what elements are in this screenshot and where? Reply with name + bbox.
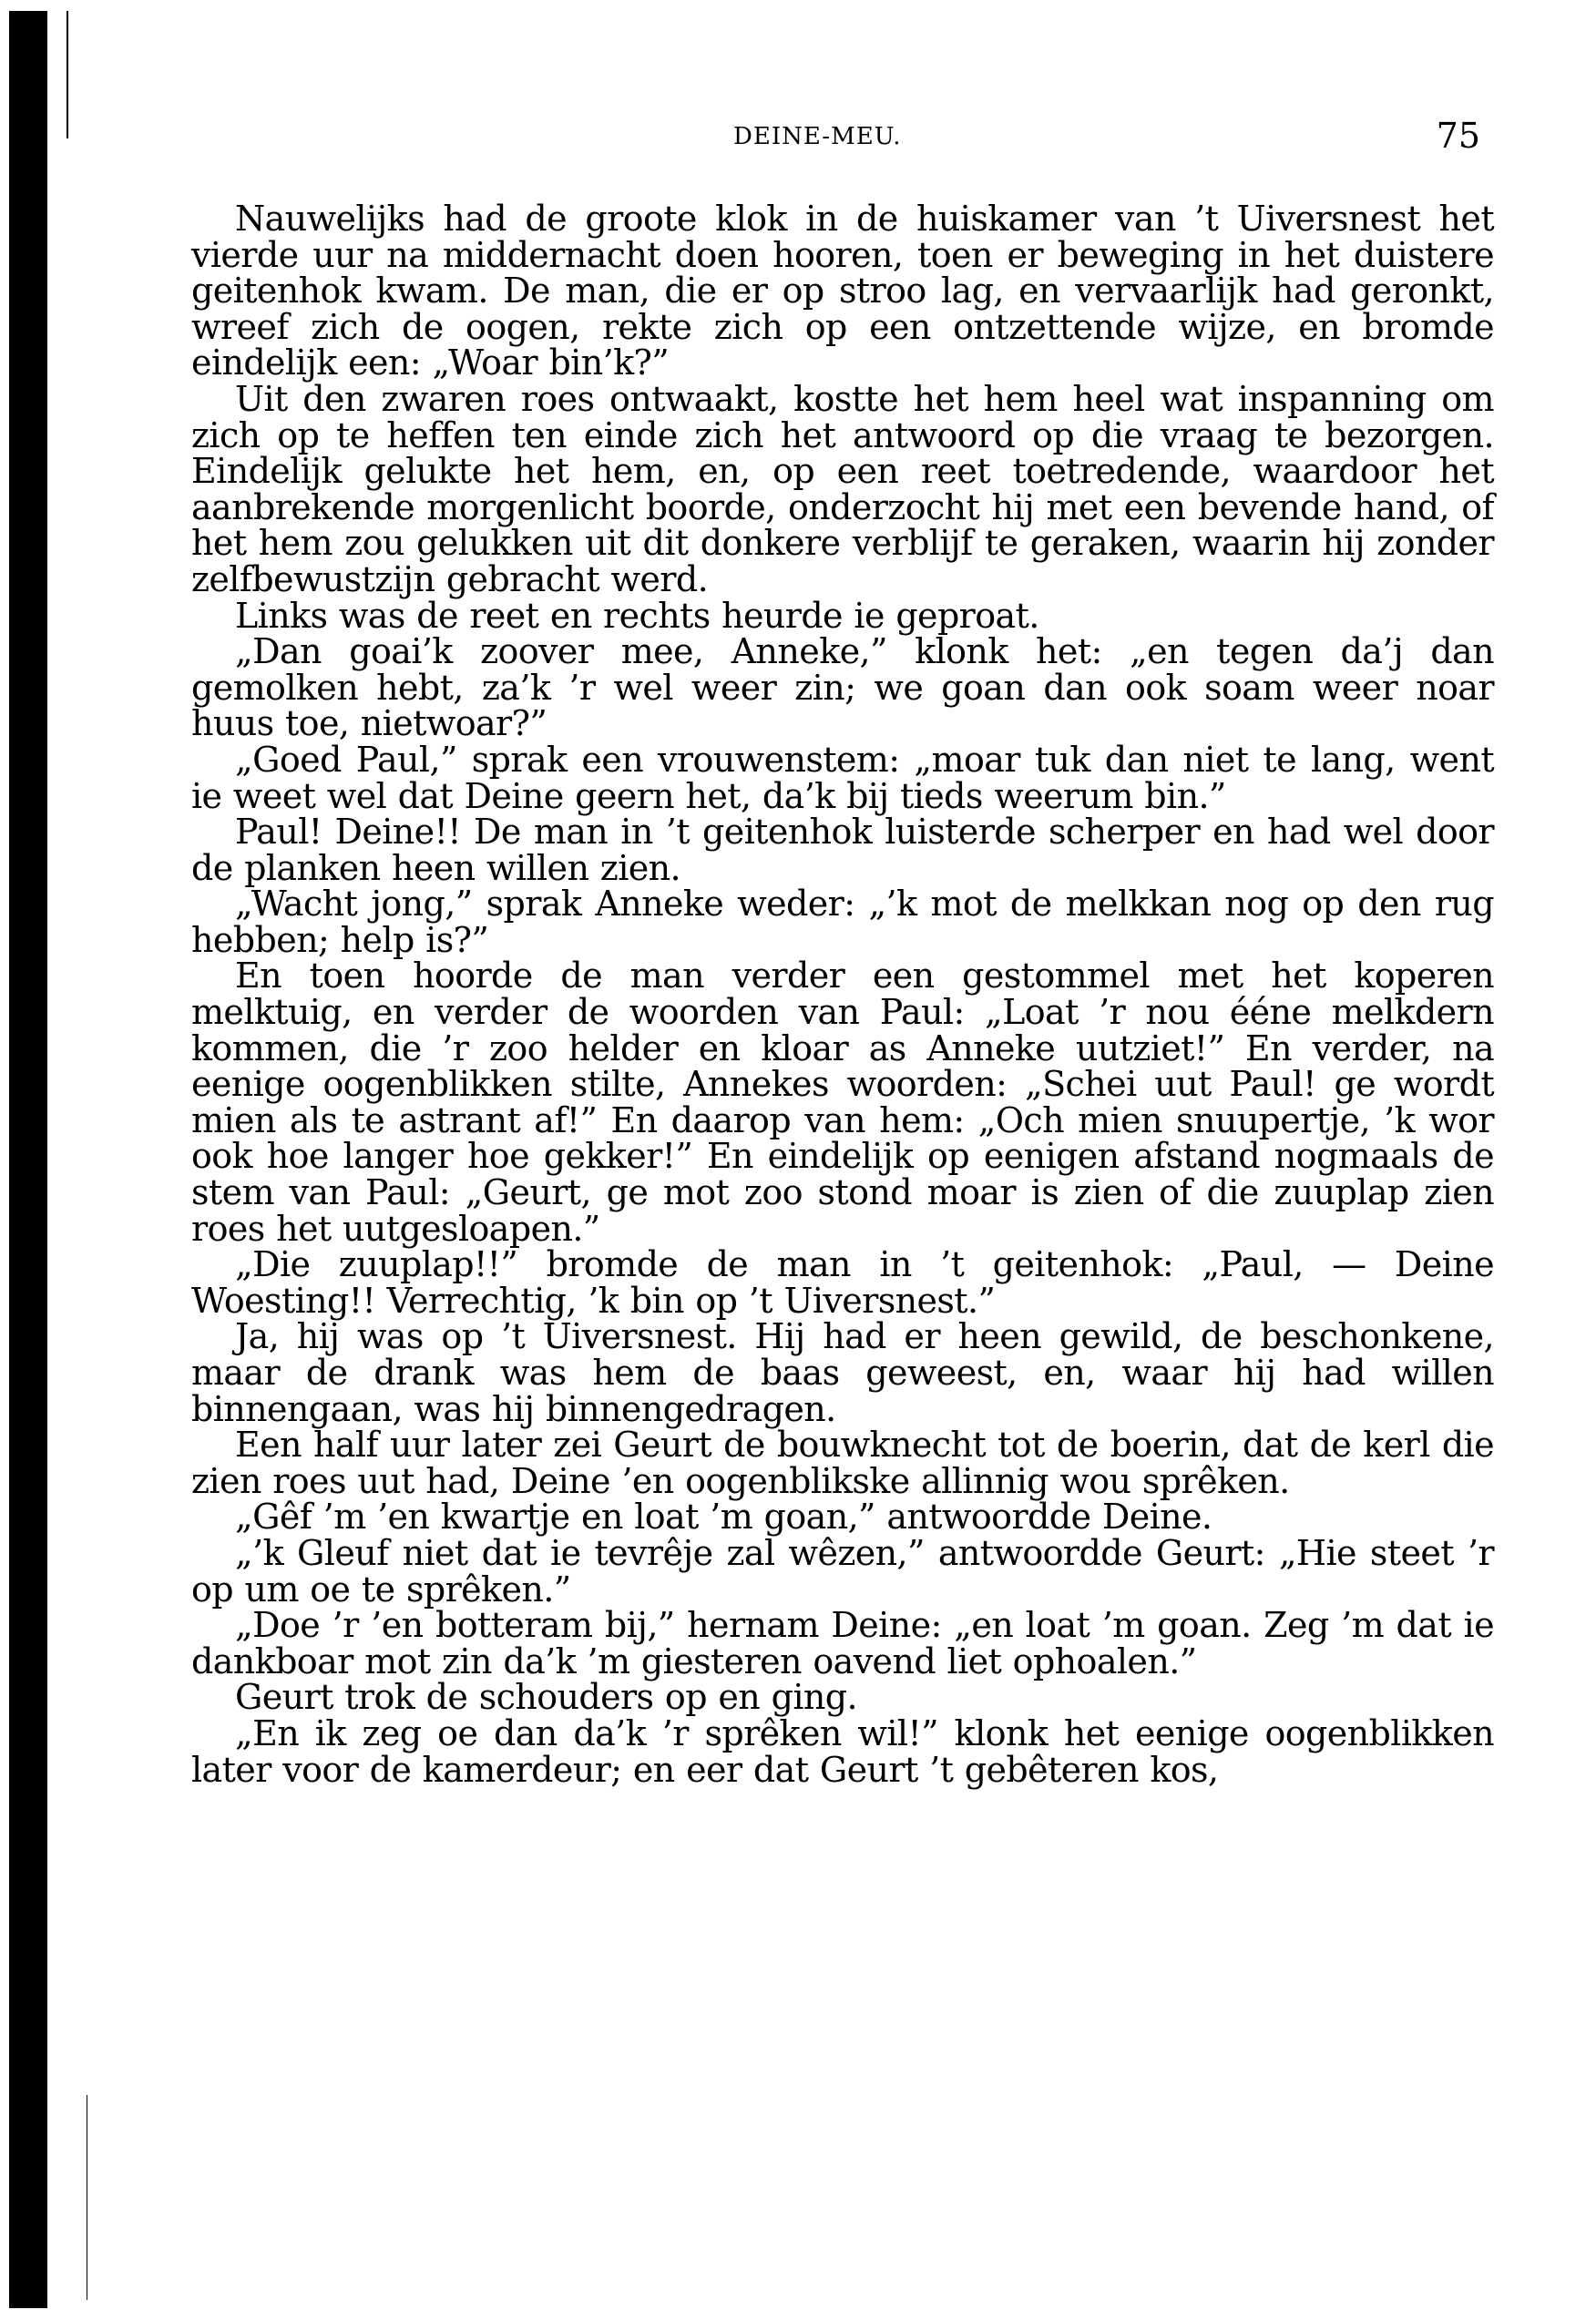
- paragraph-11: Een half uur later zei Geurt de bouwknec…: [191, 1427, 1494, 1499]
- paragraph-14: „Doe ’r ’en botteram bij,” hernam Deine:…: [191, 1608, 1494, 1680]
- paragraph-4: „Dan goai’k zoover mee, Anneke,” klonk h…: [191, 634, 1494, 742]
- scan-gutter-line-lower: [87, 2095, 87, 2300]
- body-text: Nauwelijks had de groote klok in de huis…: [191, 201, 1494, 1788]
- paragraph-2: Uit den zwaren roes ontwaakt, kostte het…: [191, 382, 1494, 598]
- paragraph-12: „Gêf ’m ’en kwartje en loat ’m goan,” an…: [191, 1499, 1494, 1536]
- paragraph-16: „En ik zeg oe dan da’k ’r sprêken wil!” …: [191, 1716, 1494, 1788]
- paragraph-13: „’k Gleuf niet dat ie tevrêje zal wêzen,…: [191, 1536, 1494, 1608]
- scan-binding-shadow: [9, 11, 47, 2308]
- running-title: DEINE-MEU.: [733, 123, 901, 150]
- paragraph-1: Nauwelijks had de groote klok in de huis…: [191, 201, 1494, 382]
- page-number: 75: [1437, 116, 1480, 156]
- paragraph-5: „Goed Paul,” sprak een vrouwenstem: „moa…: [191, 742, 1494, 814]
- paragraph-15: Geurt trok de schouders op en ging.: [191, 1680, 1494, 1716]
- paragraph-9: „Die zuuplap!!” bromde de man in ’t geit…: [191, 1247, 1494, 1319]
- running-head: DEINE-MEU. 75: [219, 116, 1480, 161]
- paragraph-8: En toen hoorde de man verder een gestomm…: [191, 958, 1494, 1247]
- scan-gutter-line: [66, 11, 68, 138]
- paragraph-6: Paul! Deine!! De man in ’t geitenhok lui…: [191, 814, 1494, 886]
- paragraph-3: Links was de reet en rechts heurde ie ge…: [191, 598, 1494, 635]
- paragraph-7: „Wacht jong,” sprak Anneke weder: „’k mo…: [191, 886, 1494, 958]
- paragraph-10: Ja, hij was op ’t Uiversnest. Hij had er…: [191, 1319, 1494, 1427]
